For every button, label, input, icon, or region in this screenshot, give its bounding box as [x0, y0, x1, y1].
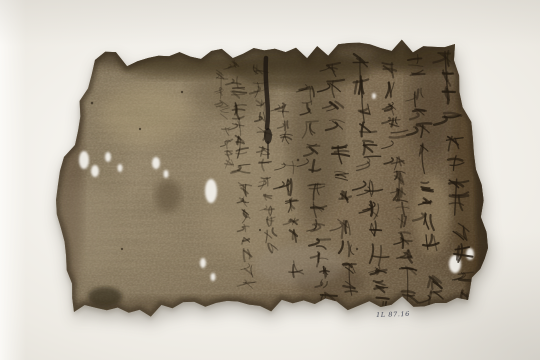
manuscript-fragment — [0, 0, 540, 360]
manuscript-body — [30, 25, 510, 340]
photo-backdrop: 1L 87.16 — [0, 0, 540, 360]
